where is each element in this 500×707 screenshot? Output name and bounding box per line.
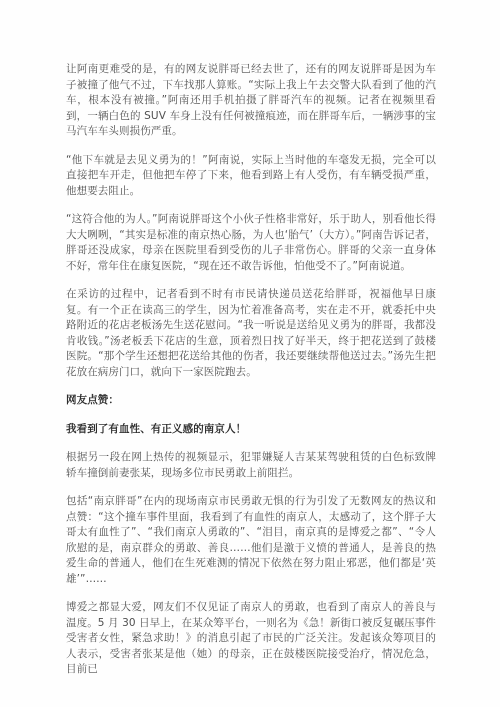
paragraph-crowdfunding: 博爱之都显大爱，网友们不仅见证了南京人的勇敢，也看到了南京人的善良与温度。5 月… (66, 600, 436, 678)
article-page: 让阿南更难受的是，有的网友说胖哥已经去世了，还有的网友说胖哥是因为车子被撞了他气… (0, 0, 500, 707)
paragraph-viral-video-suspect: 根据另一段在网上热传的视频显示，犯罪嫌疑人吉某某驾驶租赁的白色标致牌轿车撞倒前妻… (66, 450, 436, 481)
paragraph-flower-delivery: 在采访的过程中，记者看到不时有市民请快递员送花给胖哥，祝福他早日康复。有一个正在… (66, 287, 436, 380)
section-heading-netizen-praise: 网友点赞： (66, 393, 436, 409)
paragraph-brave-act: “他下车就是去见义勇为的！”阿南说，实际上当时他的车毫发无损，完全可以直接把车开… (66, 153, 436, 200)
article-body: 让阿南更难受的是，有的网友说胖哥已经去世了，还有的网友说胖哥是因为车子被撞了他气… (0, 0, 500, 678)
paragraph-character-family: “这符合他的为人。”阿南说胖哥这个小伙子性格非常好，乐于助人，别看他长得大大咧咧… (66, 212, 436, 274)
section-heading-righteous-nanjing: 我看到了有血性、有正义感的南京人！ (66, 422, 436, 438)
paragraph-fanggege-car-video: 让阿南更难受的是，有的网友说胖哥已经去世了，还有的网友说胖哥是因为车子被撞了他气… (66, 62, 436, 140)
paragraph-netizen-comments: 包括“南京胖哥”在内的现场南京市民勇敢无惧的行为引发了无数网友的热议和点赞：“这… (66, 494, 436, 587)
